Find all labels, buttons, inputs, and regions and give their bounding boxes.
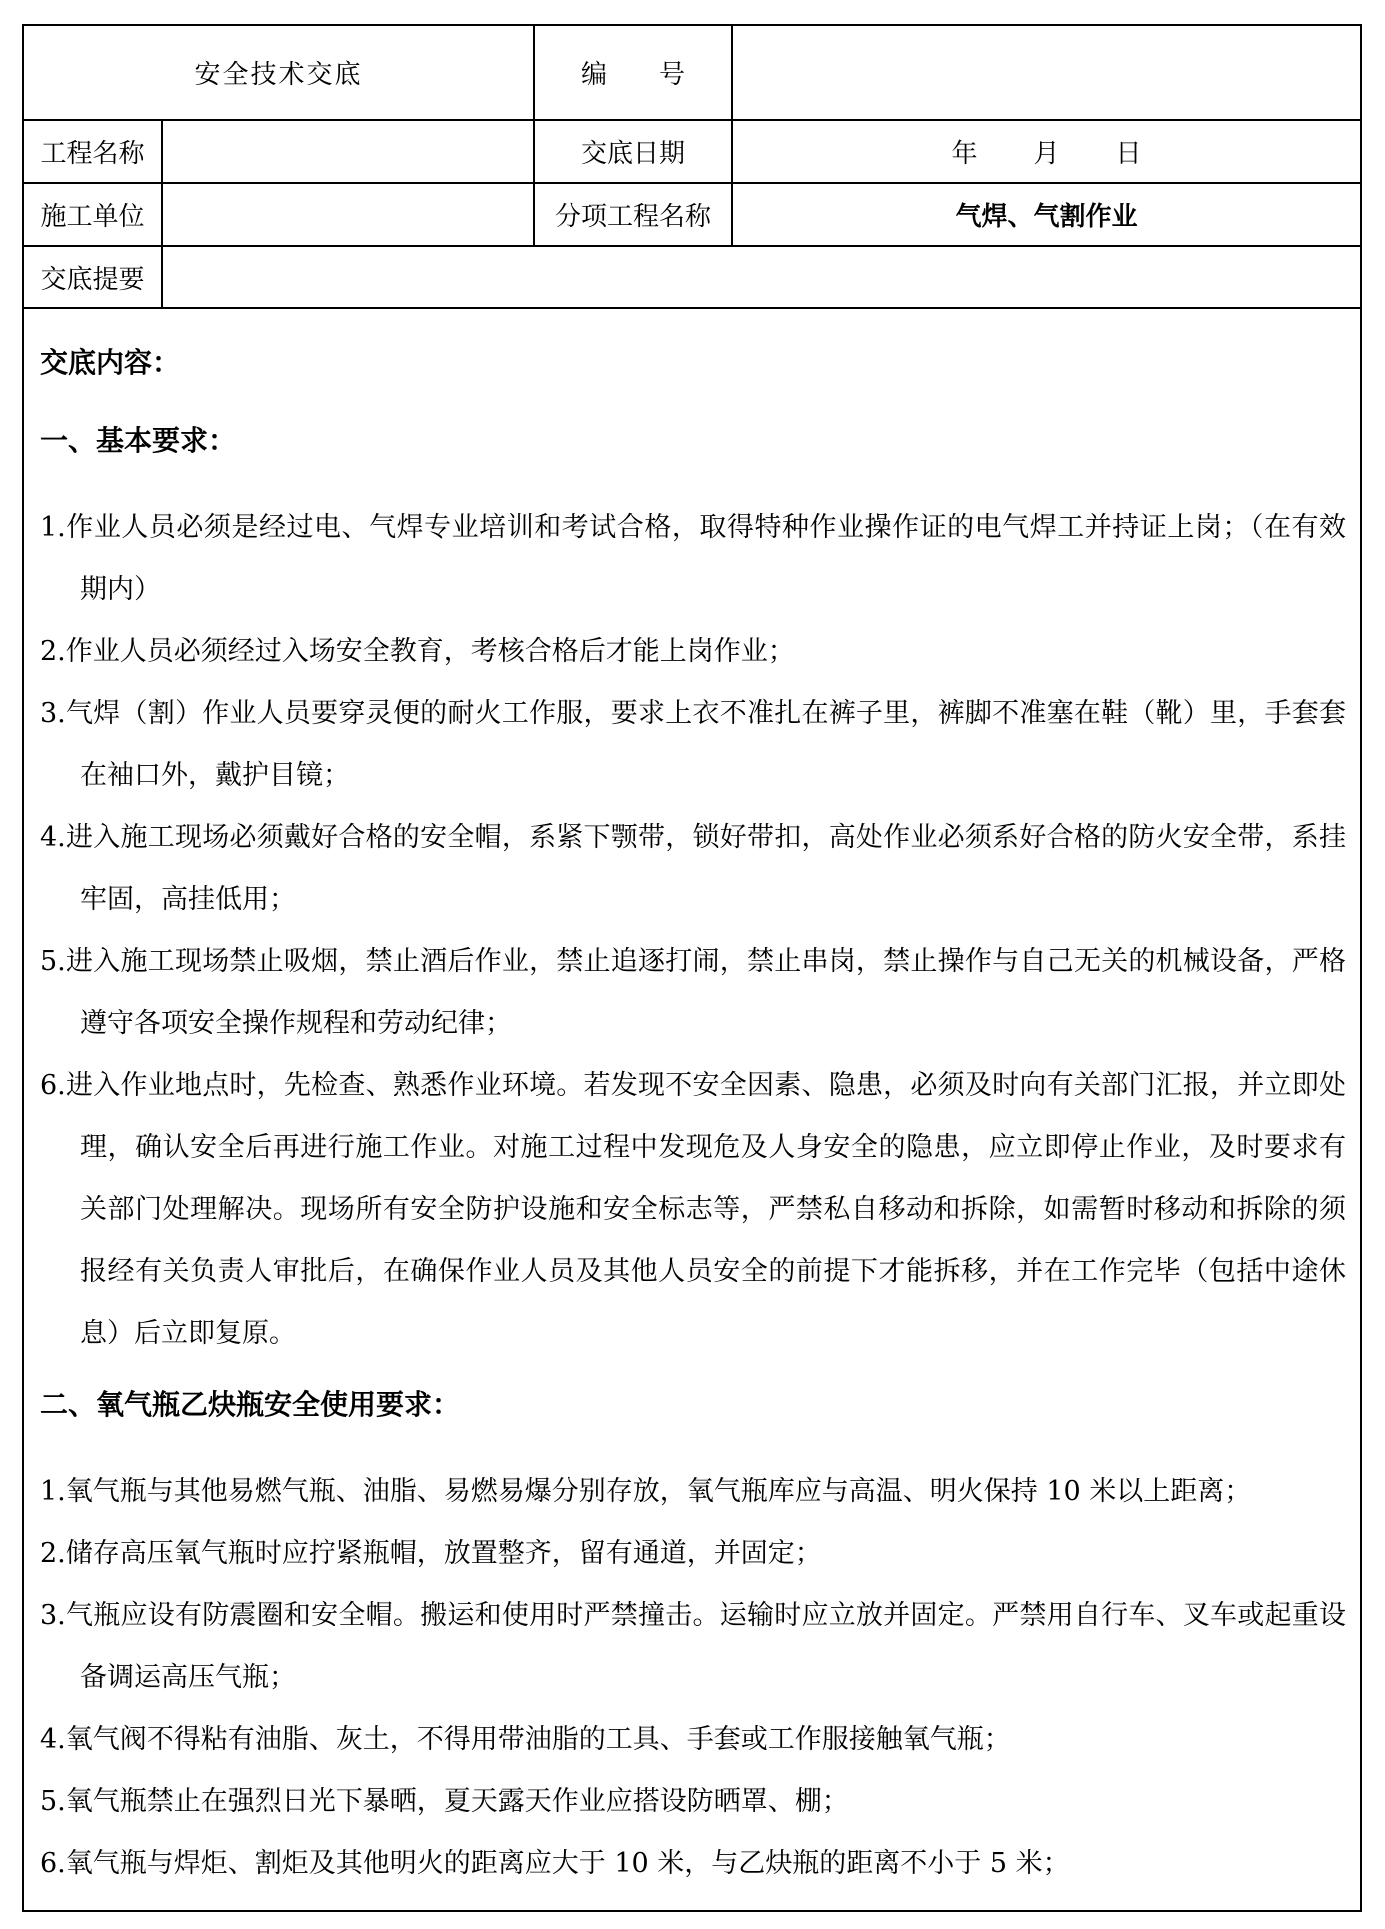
list-item: 5.氧气瓶禁止在强烈日光下暴晒，夏天露天作业应搭设防晒罩、棚； (40, 1771, 1346, 1833)
date-label: 交底日期 (534, 120, 732, 183)
list-item: 2.作业人员必须经过入场安全教育，考核合格后才能上岗作业； (40, 621, 1346, 683)
list-item: 6.进入作业地点时，先检查、熟悉作业环境。若发现不安全因素、隐患，必须及时向有关… (40, 1055, 1346, 1365)
project-name-label: 工程名称 (24, 120, 162, 183)
list-item: 2.储存高压氧气瓶时应拧紧瓶帽，放置整齐，留有通道，并固定； (40, 1523, 1346, 1585)
contractor-field[interactable] (162, 183, 534, 246)
contractor-label: 施工单位 (24, 183, 162, 246)
list-item: 6.氧气瓶与焊炬、割炬及其他明火的距离应大于 10 米，与乙炔瓶的距离不小于 5… (40, 1833, 1346, 1895)
list-item: 3.气瓶应设有防震圈和安全帽。搬运和使用时严禁撞击。运输时应立放并固定。严禁用自… (40, 1585, 1346, 1709)
list-item: 4.氧气阀不得粘有油脂、灰土，不得用带油脂的工具、手套或工作服接触氧气瓶； (40, 1709, 1346, 1771)
document-title: 安全技术交底 (24, 26, 534, 120)
summary-field[interactable] (162, 246, 1360, 308)
date-day: 日 (1116, 133, 1142, 170)
section-heading-cylinders: 二、氧气瓶乙炔瓶安全使用要求： (40, 1383, 1346, 1423)
summary-label: 交底提要 (24, 246, 162, 308)
date-field[interactable]: 年月日 (732, 120, 1360, 183)
list-item: 4.进入施工现场必须戴好合格的安全帽，系紧下颚带，锁好带扣，高处作业必须系好合格… (40, 807, 1346, 931)
subproject-value: 气焊、气割作业 (732, 183, 1360, 246)
form-header-table: 安全技术交底 编 号 工程名称 交底日期 年月日 施工单位 分项工程名称 气焊、… (24, 26, 1360, 309)
date-year: 年 (951, 133, 977, 170)
project-name-field[interactable] (162, 120, 534, 183)
date-month: 月 (1034, 133, 1060, 170)
safety-briefing-form: 安全技术交底 编 号 工程名称 交底日期 年月日 施工单位 分项工程名称 气焊、… (22, 24, 1362, 1912)
subproject-label: 分项工程名称 (534, 183, 732, 246)
section-heading-basic: 一、基本要求： (40, 419, 1346, 459)
content-label: 交底内容： (40, 341, 1346, 381)
list-item: 3.气焊（割）作业人员要穿灵便的耐火工作服，要求上衣不准扎在裤子里，裤脚不准塞在… (40, 683, 1346, 807)
number-field[interactable] (732, 26, 1360, 120)
number-label: 编 号 (534, 26, 732, 120)
list-item: 1.氧气瓶与其他易燃气瓶、油脂、易燃易爆分别存放，氧气瓶库应与高温、明火保持 1… (40, 1461, 1346, 1523)
list-item: 1.作业人员必须是经过电、气焊专业培训和考试合格，取得特种作业操作证的电气焊工并… (40, 497, 1346, 621)
briefing-content: 交底内容： 一、基本要求： 1.作业人员必须是经过电、气焊专业培训和考试合格，取… (24, 309, 1360, 1895)
list-item: 5.进入施工现场禁止吸烟，禁止酒后作业，禁止追逐打闹，禁止串岗，禁止操作与自己无… (40, 931, 1346, 1055)
